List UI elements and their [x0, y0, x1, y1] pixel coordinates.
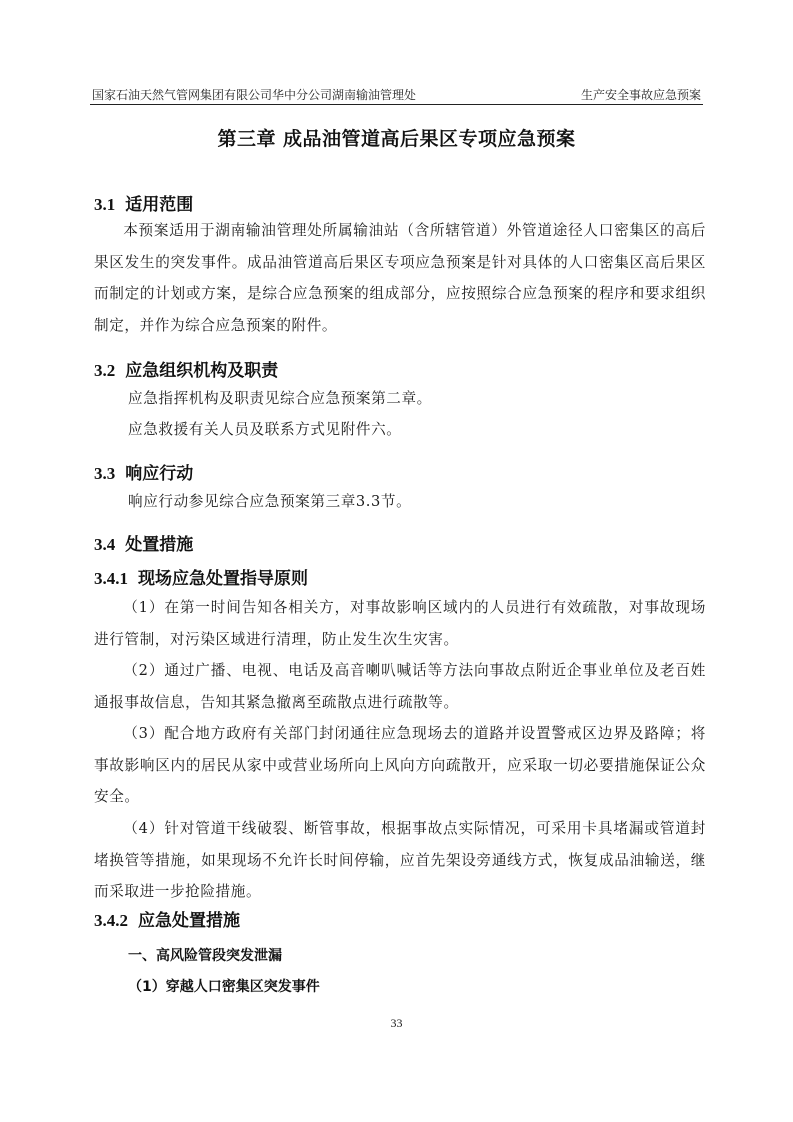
- page-number: 33: [0, 1016, 793, 1031]
- section-title: 现场应急处置指导原则: [138, 569, 308, 589]
- section-title: 适用范围: [125, 195, 193, 215]
- section-heading-3-4: 3.4处置措施: [94, 530, 193, 555]
- section-heading-3-3: 3.3响应行动: [94, 459, 193, 484]
- paragraph-line: 应急救援有关人员及联系方式见附件六。: [128, 418, 402, 439]
- principle-item-2: （2）通过广播、电视、电话及高音喇叭喊话等方法向事故点附近企事业单位及老百姓通报…: [94, 655, 706, 718]
- principle-item-3: （3）配合地方政府有关部门封闭通往应急现场去的道路并设置警戒区边界及路障；将事故…: [94, 718, 706, 813]
- section-number: 3.2: [94, 361, 115, 380]
- section-number: 3.1: [94, 195, 115, 214]
- paragraph-line: 应急指挥机构及职责见综合应急预案第二章。: [128, 387, 432, 408]
- paragraph-line: 响应行动参见综合应急预案第三章3.3节。: [128, 490, 411, 511]
- section-heading-3-1: 3.1适用范围: [94, 190, 193, 215]
- section-number: 3.4.2: [94, 911, 128, 930]
- section-number: 3.3: [94, 464, 115, 483]
- section-heading-3-2: 3.2应急组织机构及职责: [94, 356, 278, 381]
- header-divider: [90, 104, 703, 105]
- section-heading-3-4-2: 3.4.2应急处置措施: [94, 906, 240, 931]
- principle-item-1: （1）在第一时间告知各相关方，对事故影响区域内的人员进行有效疏散，对事故现场进行…: [94, 592, 706, 655]
- section-heading-3-4-1: 3.4.1现场应急处置指导原则: [94, 564, 308, 589]
- subheading-high-risk-leak: 一、高风险管段突发泄漏: [128, 945, 282, 965]
- section-title: 应急处置措施: [138, 911, 240, 931]
- section-title: 响应行动: [125, 464, 193, 484]
- paragraph-scope: 本预案适用于湖南输油管理处所属输油站（含所辖管道）外管道途径人口密集区的高后果区…: [94, 215, 706, 341]
- principle-item-4: （4）针对管道干线破裂、断管事故，根据事故点实际情况，可采用卡具堵漏或管道封堵换…: [94, 813, 706, 908]
- chapter-title: 第三章 成品油管道高后果区专项应急预案: [0, 124, 793, 151]
- section-title: 处置措施: [125, 535, 193, 555]
- header-document-title: 生产安全事故应急预案: [581, 86, 701, 103]
- section-number: 3.4.1: [94, 569, 128, 588]
- subheading-dense-area-event: （1）穿越人口密集区突发事件: [128, 976, 320, 996]
- section-title: 应急组织机构及职责: [125, 361, 278, 381]
- header-organization: 国家石油天然气管网集团有限公司华中分公司湖南输油管理处: [92, 86, 416, 103]
- section-number: 3.4: [94, 535, 115, 554]
